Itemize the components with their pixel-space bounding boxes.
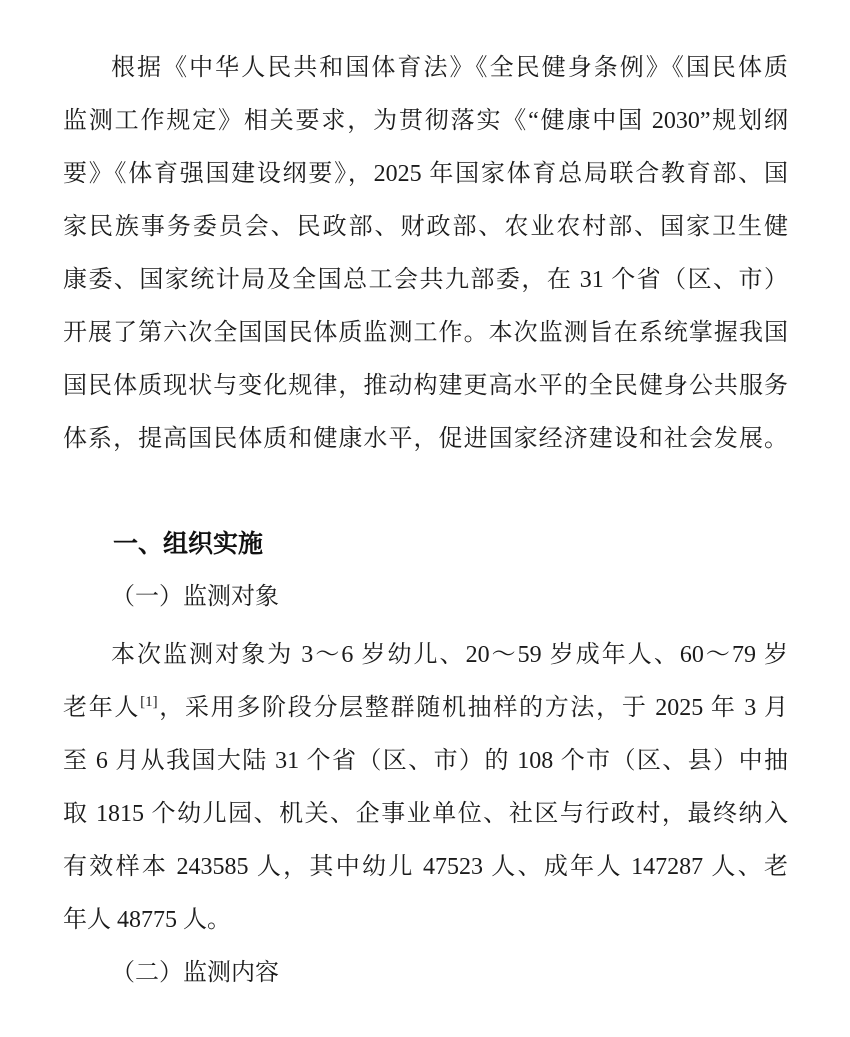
- paragraph-line: 监测工作规定》相关要求，为贯彻落实《“健康中国 2030”规划纲: [63, 95, 788, 148]
- document-page: 根据《中华人民共和国体育法》《全民健身条例》《国民体质 监测工作规定》相关要求，…: [0, 0, 850, 1037]
- subsection-heading-monitoring-content: （二）监测内容: [63, 947, 788, 1000]
- paragraph-line-text: ，采用多阶段分层整群随机抽样的方法，于 2025 年 3 月: [158, 695, 788, 721]
- paragraph-line: 至 6 月从我国大陆 31 个省（区、市）的 108 个市（区、县）中抽: [63, 735, 788, 788]
- paragraph-line: 有效样本 243585 人，其中幼儿 47523 人、成年人 147287 人、…: [63, 841, 788, 894]
- paragraph-line-text: 老年人: [63, 695, 140, 721]
- subsection-heading-monitoring-subjects: （一）监测对象: [63, 571, 788, 624]
- footnote-ref: [1]: [140, 694, 158, 710]
- sample-paragraph: 本次监测对象为 3～6 岁幼儿、20～59 岁成年人、60～79 岁 老年人[1…: [63, 629, 788, 947]
- paragraph-line: 取 1815 个幼儿园、机关、企事业单位、社区与行政村，最终纳入: [63, 788, 788, 841]
- paragraph-line: 年人 48775 人。: [63, 894, 788, 947]
- paragraph-line: 家民族事务委员会、民政部、财政部、农业农村部、国家卫生健: [63, 201, 788, 254]
- paragraph-line: 本次监测对象为 3～6 岁幼儿、20～59 岁成年人、60～79 岁: [63, 629, 788, 682]
- paragraph-line: 康委、国家统计局及全国总工会共九部委，在 31 个省（区、市）: [63, 254, 788, 307]
- intro-paragraph: 根据《中华人民共和国体育法》《全民健身条例》《国民体质 监测工作规定》相关要求，…: [63, 42, 788, 466]
- paragraph-line: 国民体质现状与变化规律，推动构建更高水平的全民健身公共服务: [63, 360, 788, 413]
- paragraph-line: 开展了第六次全国国民体质监测工作。本次监测旨在系统掌握我国: [63, 307, 788, 360]
- paragraph-line: 体系，提高国民体质和健康水平，促进国家经济建设和社会发展。: [63, 413, 788, 466]
- paragraph-line: 要》《体育强国建设纲要》，2025 年国家体育总局联合教育部、国: [63, 148, 788, 201]
- paragraph-line: 老年人[1]，采用多阶段分层整群随机抽样的方法，于 2025 年 3 月: [63, 682, 788, 735]
- paragraph-line: 根据《中华人民共和国体育法》《全民健身条例》《国民体质: [63, 42, 788, 95]
- section-heading: 一、组织实施: [63, 518, 788, 571]
